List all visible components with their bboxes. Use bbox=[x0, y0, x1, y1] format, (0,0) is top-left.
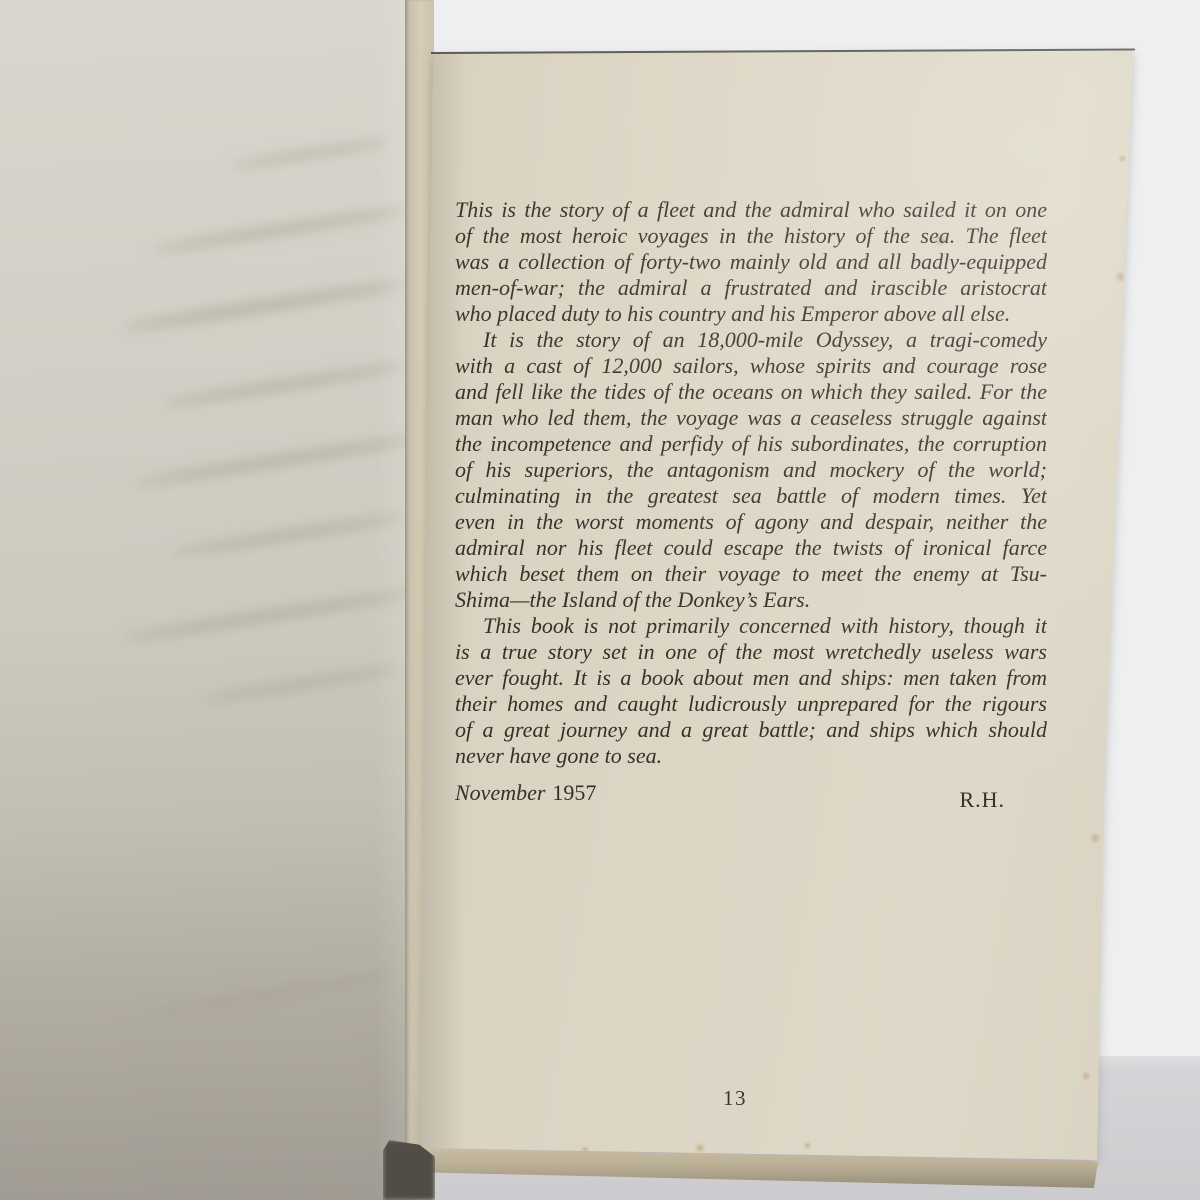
text-line: This book is not primarily concerned wit… bbox=[455, 613, 1047, 639]
foxing-spot bbox=[1081, 1071, 1091, 1081]
text-line: of the most heroic voyages in the histor… bbox=[455, 223, 1047, 249]
text-line: culminating in the greatest sea battle o… bbox=[455, 483, 1047, 509]
date-line: November1957 bbox=[455, 780, 596, 806]
right-page-wrap: This is the story of a fleet and the adm… bbox=[0, 0, 1200, 1200]
text-line: is a true story set in one of the most w… bbox=[455, 639, 1047, 665]
text-line: their homes and caught ludicrously unpre… bbox=[455, 691, 1047, 717]
text-line: men-of-war; the admiral a frustrated and… bbox=[455, 275, 1047, 301]
text-line: which beset them on their voyage to meet… bbox=[455, 561, 1047, 587]
foxing-spot bbox=[694, 1142, 706, 1154]
foxing-spot bbox=[934, 233, 948, 247]
author-initials: R.H. bbox=[959, 787, 1047, 813]
text-line: even in the worst moments of agony and d… bbox=[455, 509, 1047, 535]
preface-page: This is the story of a fleet and the adm… bbox=[0, 0, 1200, 1200]
text-line: never have gone to sea. bbox=[455, 743, 1047, 769]
foxing-spot bbox=[803, 1141, 812, 1150]
foxing-spot bbox=[1089, 832, 1101, 844]
date-year: 1957 bbox=[552, 780, 596, 805]
text-line: the incompetence and perfidy of his subo… bbox=[455, 431, 1047, 457]
text-line: Shima—the Island of the Donkey’s Ears. bbox=[455, 587, 1047, 613]
text-line: who placed duty to his country and his E… bbox=[455, 301, 1047, 327]
text-line: was a collection of forty-two mainly old… bbox=[455, 249, 1047, 275]
text-line: ever fought. It is a book about men and … bbox=[455, 665, 1047, 691]
book-photo-scene: This is the story of a fleet and the adm… bbox=[0, 0, 1200, 1200]
text-line: It is the story of an 18,000-mile Odysse… bbox=[455, 327, 1047, 353]
text-line: and fell like the tides of the oceans on… bbox=[455, 379, 1047, 405]
text-line: man who led them, the voyage was a cease… bbox=[455, 405, 1047, 431]
foxing-spot bbox=[1114, 270, 1127, 283]
date-month: November bbox=[455, 780, 545, 805]
text-line: of a great journey and a great battle; a… bbox=[455, 717, 1047, 743]
text-line: This is the story of a fleet and the adm… bbox=[455, 197, 1047, 223]
page-number: 13 bbox=[455, 1086, 1015, 1111]
text-line: admiral nor his fleet could escape the t… bbox=[455, 535, 1047, 561]
preface-text: This is the story of a fleet and the adm… bbox=[455, 197, 1047, 769]
date-signature-row: November1957 R.H. bbox=[455, 780, 1047, 806]
foxing-spot bbox=[1118, 154, 1127, 163]
text-line: with a cast of 12,000 sailors, whose spi… bbox=[455, 353, 1047, 379]
text-line: of his superiors, the antagonism and moc… bbox=[455, 457, 1047, 483]
